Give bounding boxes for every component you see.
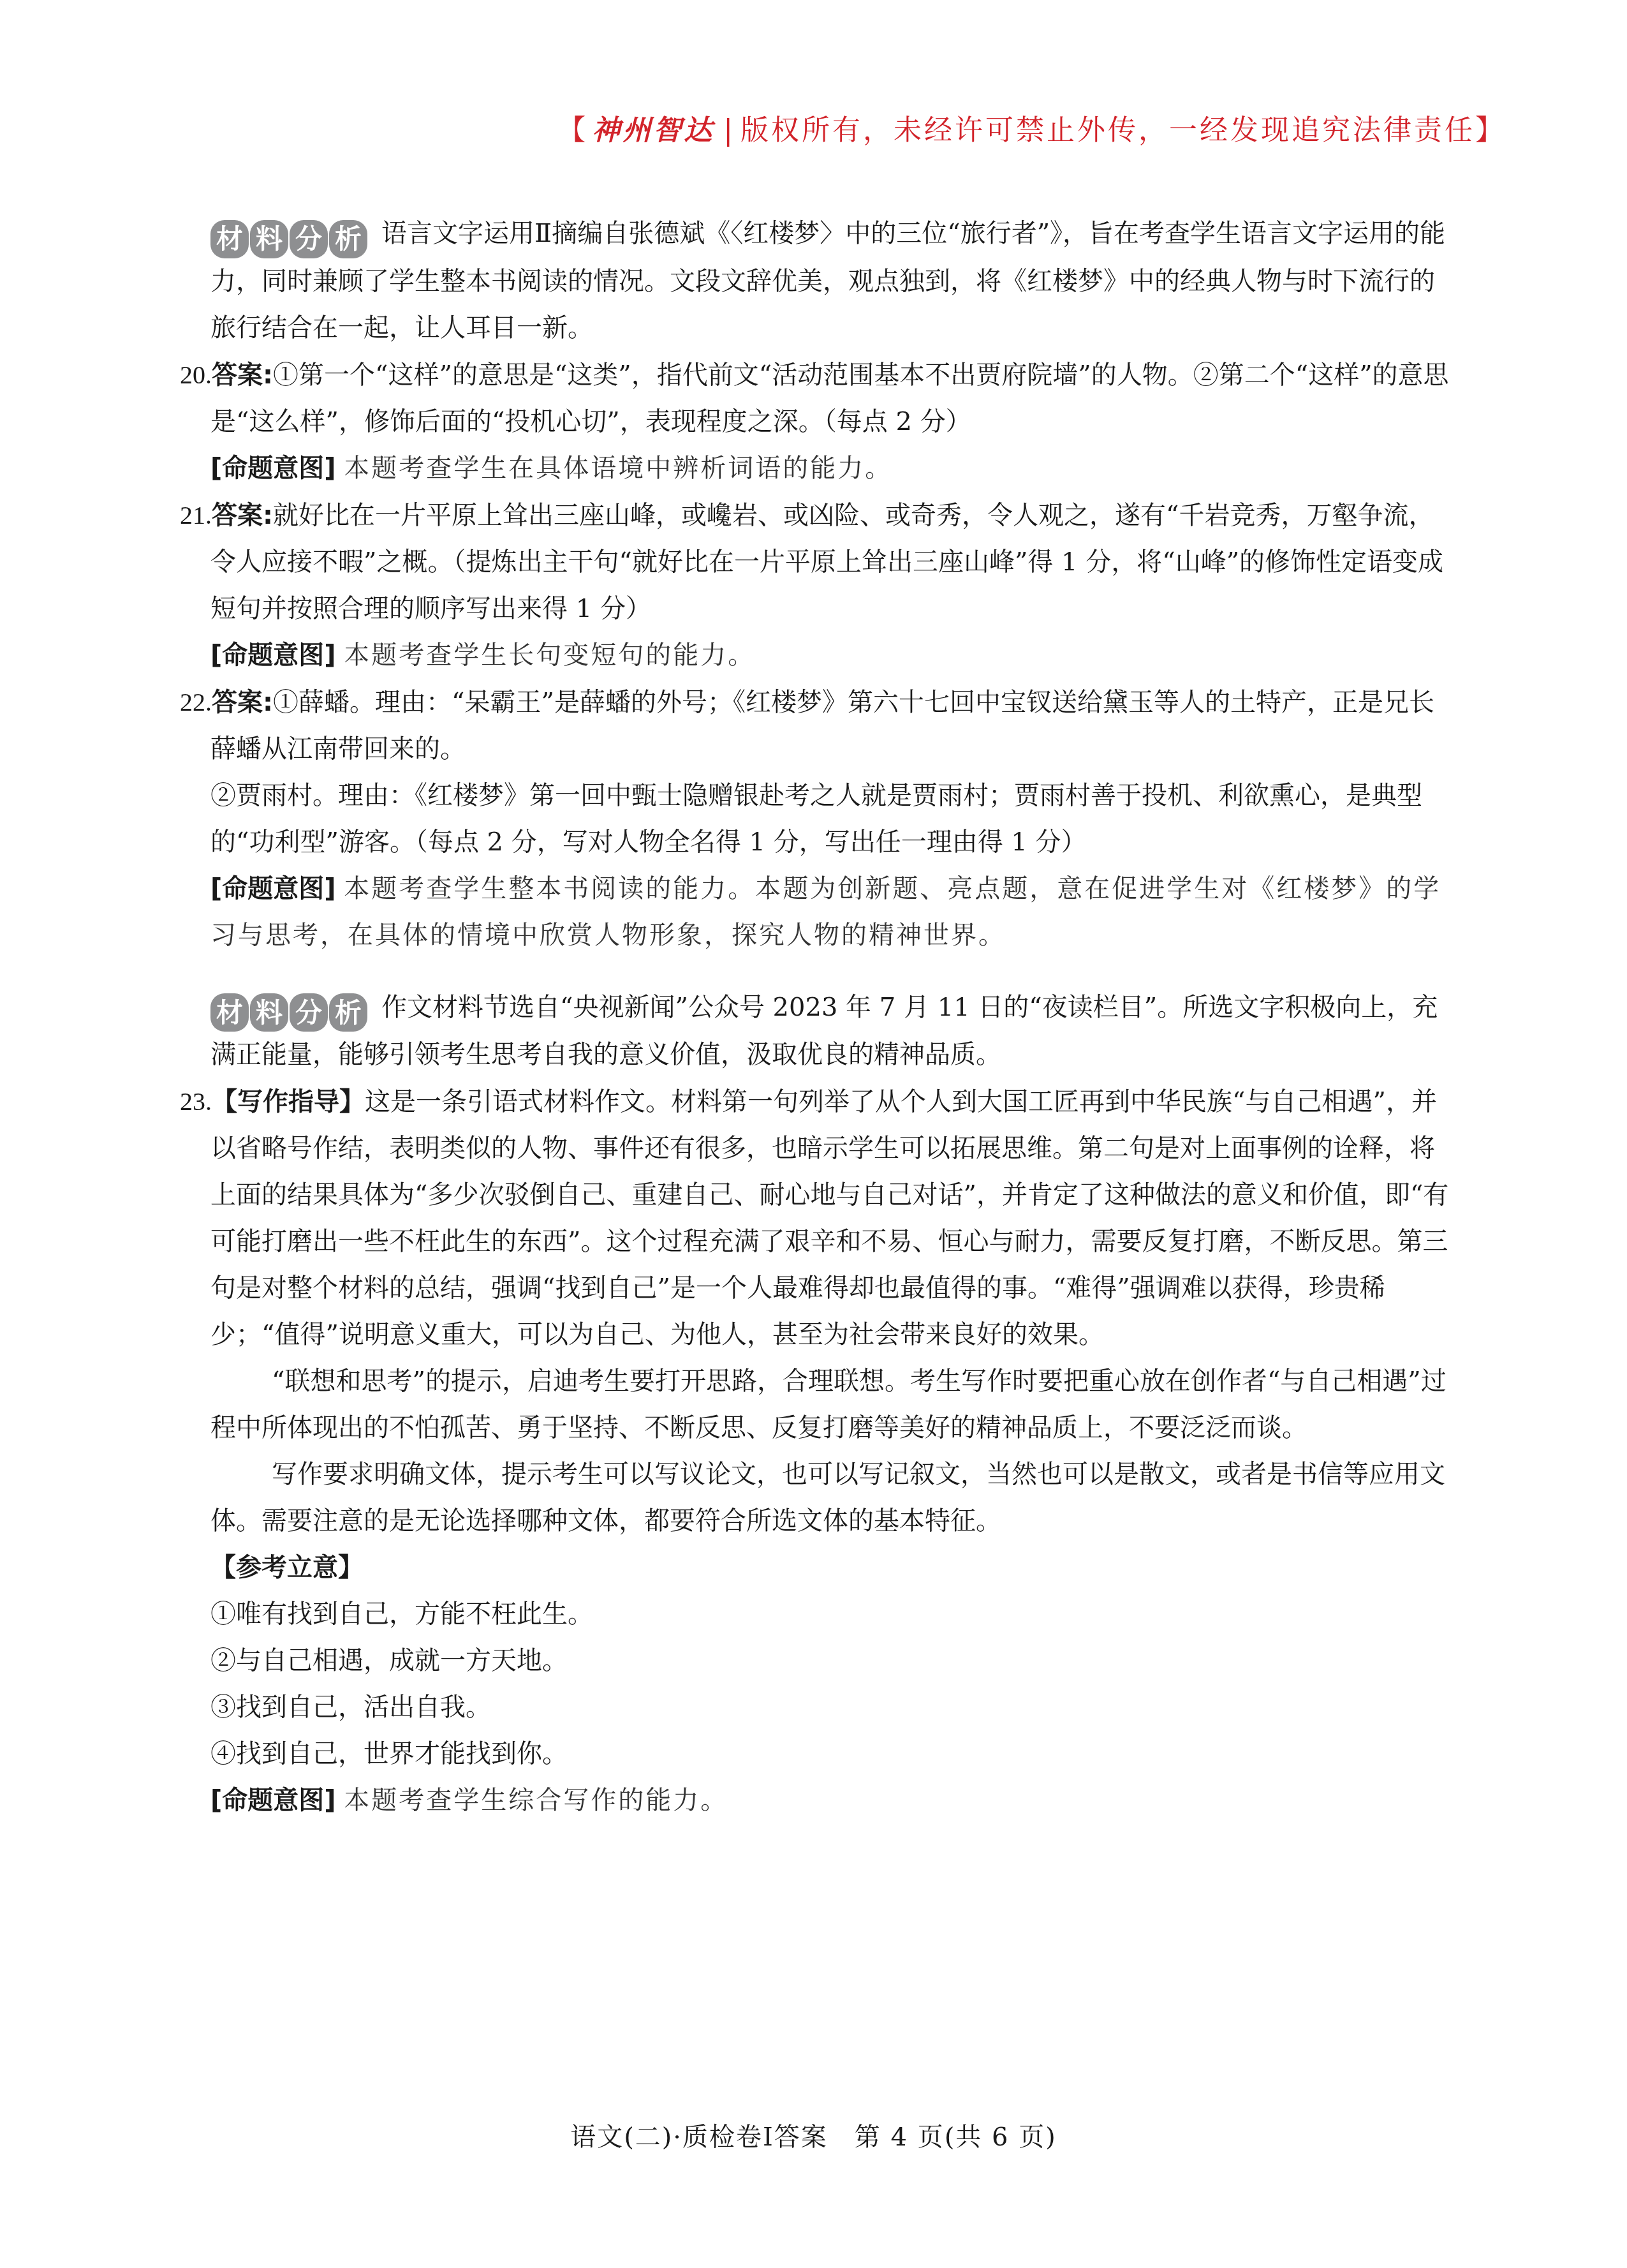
answer-text: 就好比在一片平原上耸出三座山峰，或巉岩、或凶险、或奇秀，令人观之，遂有“千岩竞秀… <box>210 501 1443 623</box>
answer-text-2: ②贾雨村。理由：《红楼梦》第一回中甄士隐赠银赴考之人就是贾雨村；贾雨村善于投机、… <box>180 773 1457 866</box>
answer-label: 答案: <box>212 360 273 390</box>
page-footer: 语文(二)·质检卷Ⅰ答案 第 4 页(共 6 页) <box>0 2117 1627 2153</box>
answer-text: ①第一个“这样”的意思是“这类”，指代前文“活动范围基本不出贾府院墙”的人物。②… <box>210 360 1449 436</box>
header-separator: | <box>723 114 735 147</box>
badge-char: 料 <box>250 993 288 1032</box>
question-number: 22. <box>180 688 212 716</box>
question-number: 20. <box>180 360 212 389</box>
badge-char: 料 <box>250 220 288 258</box>
intent-text: 本题考查学生整本书阅读的能力。本题为创新题、亮点题，意在促进学生对《红楼梦》的学… <box>210 874 1441 950</box>
intent-row: [命题意图] 本题考查学生长句变短句的能力。 <box>180 632 1457 679</box>
intent-text: 本题考查学生在具体语境中辨析词语的能力。 <box>344 454 892 483</box>
answer-text: ①薛蟠。理由：“呆霸王”是薛蟠的外号；《红楼梦》第六十七回中宝钗送给黛玉等人的土… <box>210 688 1434 764</box>
brand-logo: 神州智达 <box>592 114 714 147</box>
writing-guide-label: 【写作指导】 <box>212 1087 365 1116</box>
writing-guide-text: 这是一条引语式材料作文。材料第一句列举了从个人到大国工匠再到中华民族“与自己相遇… <box>210 1087 1448 1349</box>
answer-label: 答案: <box>212 501 273 530</box>
material-analysis-badge: 材 料 分 析 <box>210 220 367 258</box>
analysis-text: 语言文字运用Ⅱ摘编自张德斌《〈红楼梦〉中的三位“旅行者”》，旨在考查学生语言文字… <box>210 219 1445 343</box>
reference-idea: ②与自己相遇，成就一方天地。 <box>180 1638 1457 1684</box>
question-20: 20.答案:①第一个“这样”的意思是“这类”，指代前文“活动范围基本不出贾府院墙… <box>180 352 1457 492</box>
material-analysis-2: 材 料 分 析 作文材料节选自“央视新闻”公众号 2023 年 7 月 11 日… <box>210 984 1457 1079</box>
bracket-close: 】 <box>1475 114 1506 147</box>
question-number: 21. <box>180 501 212 530</box>
reference-idea: ④找到自己，世界才能找到你。 <box>180 1731 1457 1777</box>
analysis-text: 作文材料节选自“央视新闻”公众号 2023 年 7 月 11 日的“夜读栏目”。… <box>210 993 1438 1070</box>
badge-char: 材 <box>210 220 249 258</box>
intent-text: 本题考查学生综合写作的能力。 <box>344 1786 728 1815</box>
writing-guide-para-2: “联想和思考”的提示，启迪考生要打开思路，合理联想。考生写作时要把重心放在创作者… <box>180 1358 1457 1451</box>
intent-row: [命题意图] 本题考查学生在具体语境中辨析词语的能力。 <box>180 445 1457 492</box>
intent-label: [命题意图] <box>210 454 336 483</box>
reference-idea: ③找到自己，活出自我。 <box>180 1684 1457 1731</box>
intent-label: [命题意图] <box>210 874 336 903</box>
bracket-open: 【 <box>557 114 588 147</box>
badge-char: 分 <box>290 993 328 1032</box>
answer-label: 答案: <box>212 688 273 717</box>
badge-char: 分 <box>290 220 328 258</box>
copyright-notice: 【神州智达|版权所有，未经许可禁止外传，一经发现追究法律责任】 <box>557 107 1506 148</box>
copyright-text: 版权所有，未经许可禁止外传，一经发现追究法律责任 <box>740 114 1475 147</box>
intent-row: [命题意图] 本题考查学生整本书阅读的能力。本题为创新题、亮点题，意在促进学生对… <box>180 866 1457 959</box>
intent-label: [命题意图] <box>210 641 336 670</box>
badge-char: 析 <box>329 993 367 1032</box>
question-22: 22.答案:①薛蟠。理由：“呆霸王”是薛蟠的外号；《红楼梦》第六十七回中宝钗送给… <box>180 679 1457 959</box>
material-analysis-1: 材 料 分 析 语言文字运用Ⅱ摘编自张德斌《〈红楼梦〉中的三位“旅行者”》，旨在… <box>210 211 1457 352</box>
material-analysis-badge: 材 料 分 析 <box>210 993 367 1032</box>
writing-guide-para-3: 写作要求明确文体，提示考生可以写议论文，也可以写记叙文，当然也可以是散文，或者是… <box>180 1451 1457 1545</box>
intent-text: 本题考查学生长句变短句的能力。 <box>344 641 755 670</box>
question-23: 23.【写作指导】这是一条引语式材料作文。材料第一句列举了从个人到大国工匠再到中… <box>180 1078 1457 1824</box>
intent-label: [命题意图] <box>210 1786 336 1815</box>
reference-idea: ①唯有找到自己，方能不枉此生。 <box>180 1591 1457 1638</box>
reference-ideas-label: 【参考立意】 <box>180 1545 1457 1591</box>
question-number: 23. <box>180 1087 212 1116</box>
badge-char: 材 <box>210 993 249 1032</box>
question-21: 21.答案:就好比在一片平原上耸出三座山峰，或巉岩、或凶险、或奇秀，令人观之，遂… <box>180 492 1457 679</box>
badge-char: 析 <box>329 220 367 258</box>
intent-row: [命题意图] 本题考查学生综合写作的能力。 <box>180 1777 1457 1824</box>
answer-content: 材 料 分 析 语言文字运用Ⅱ摘编自张德斌《〈红楼梦〉中的三位“旅行者”》，旨在… <box>210 211 1457 1824</box>
